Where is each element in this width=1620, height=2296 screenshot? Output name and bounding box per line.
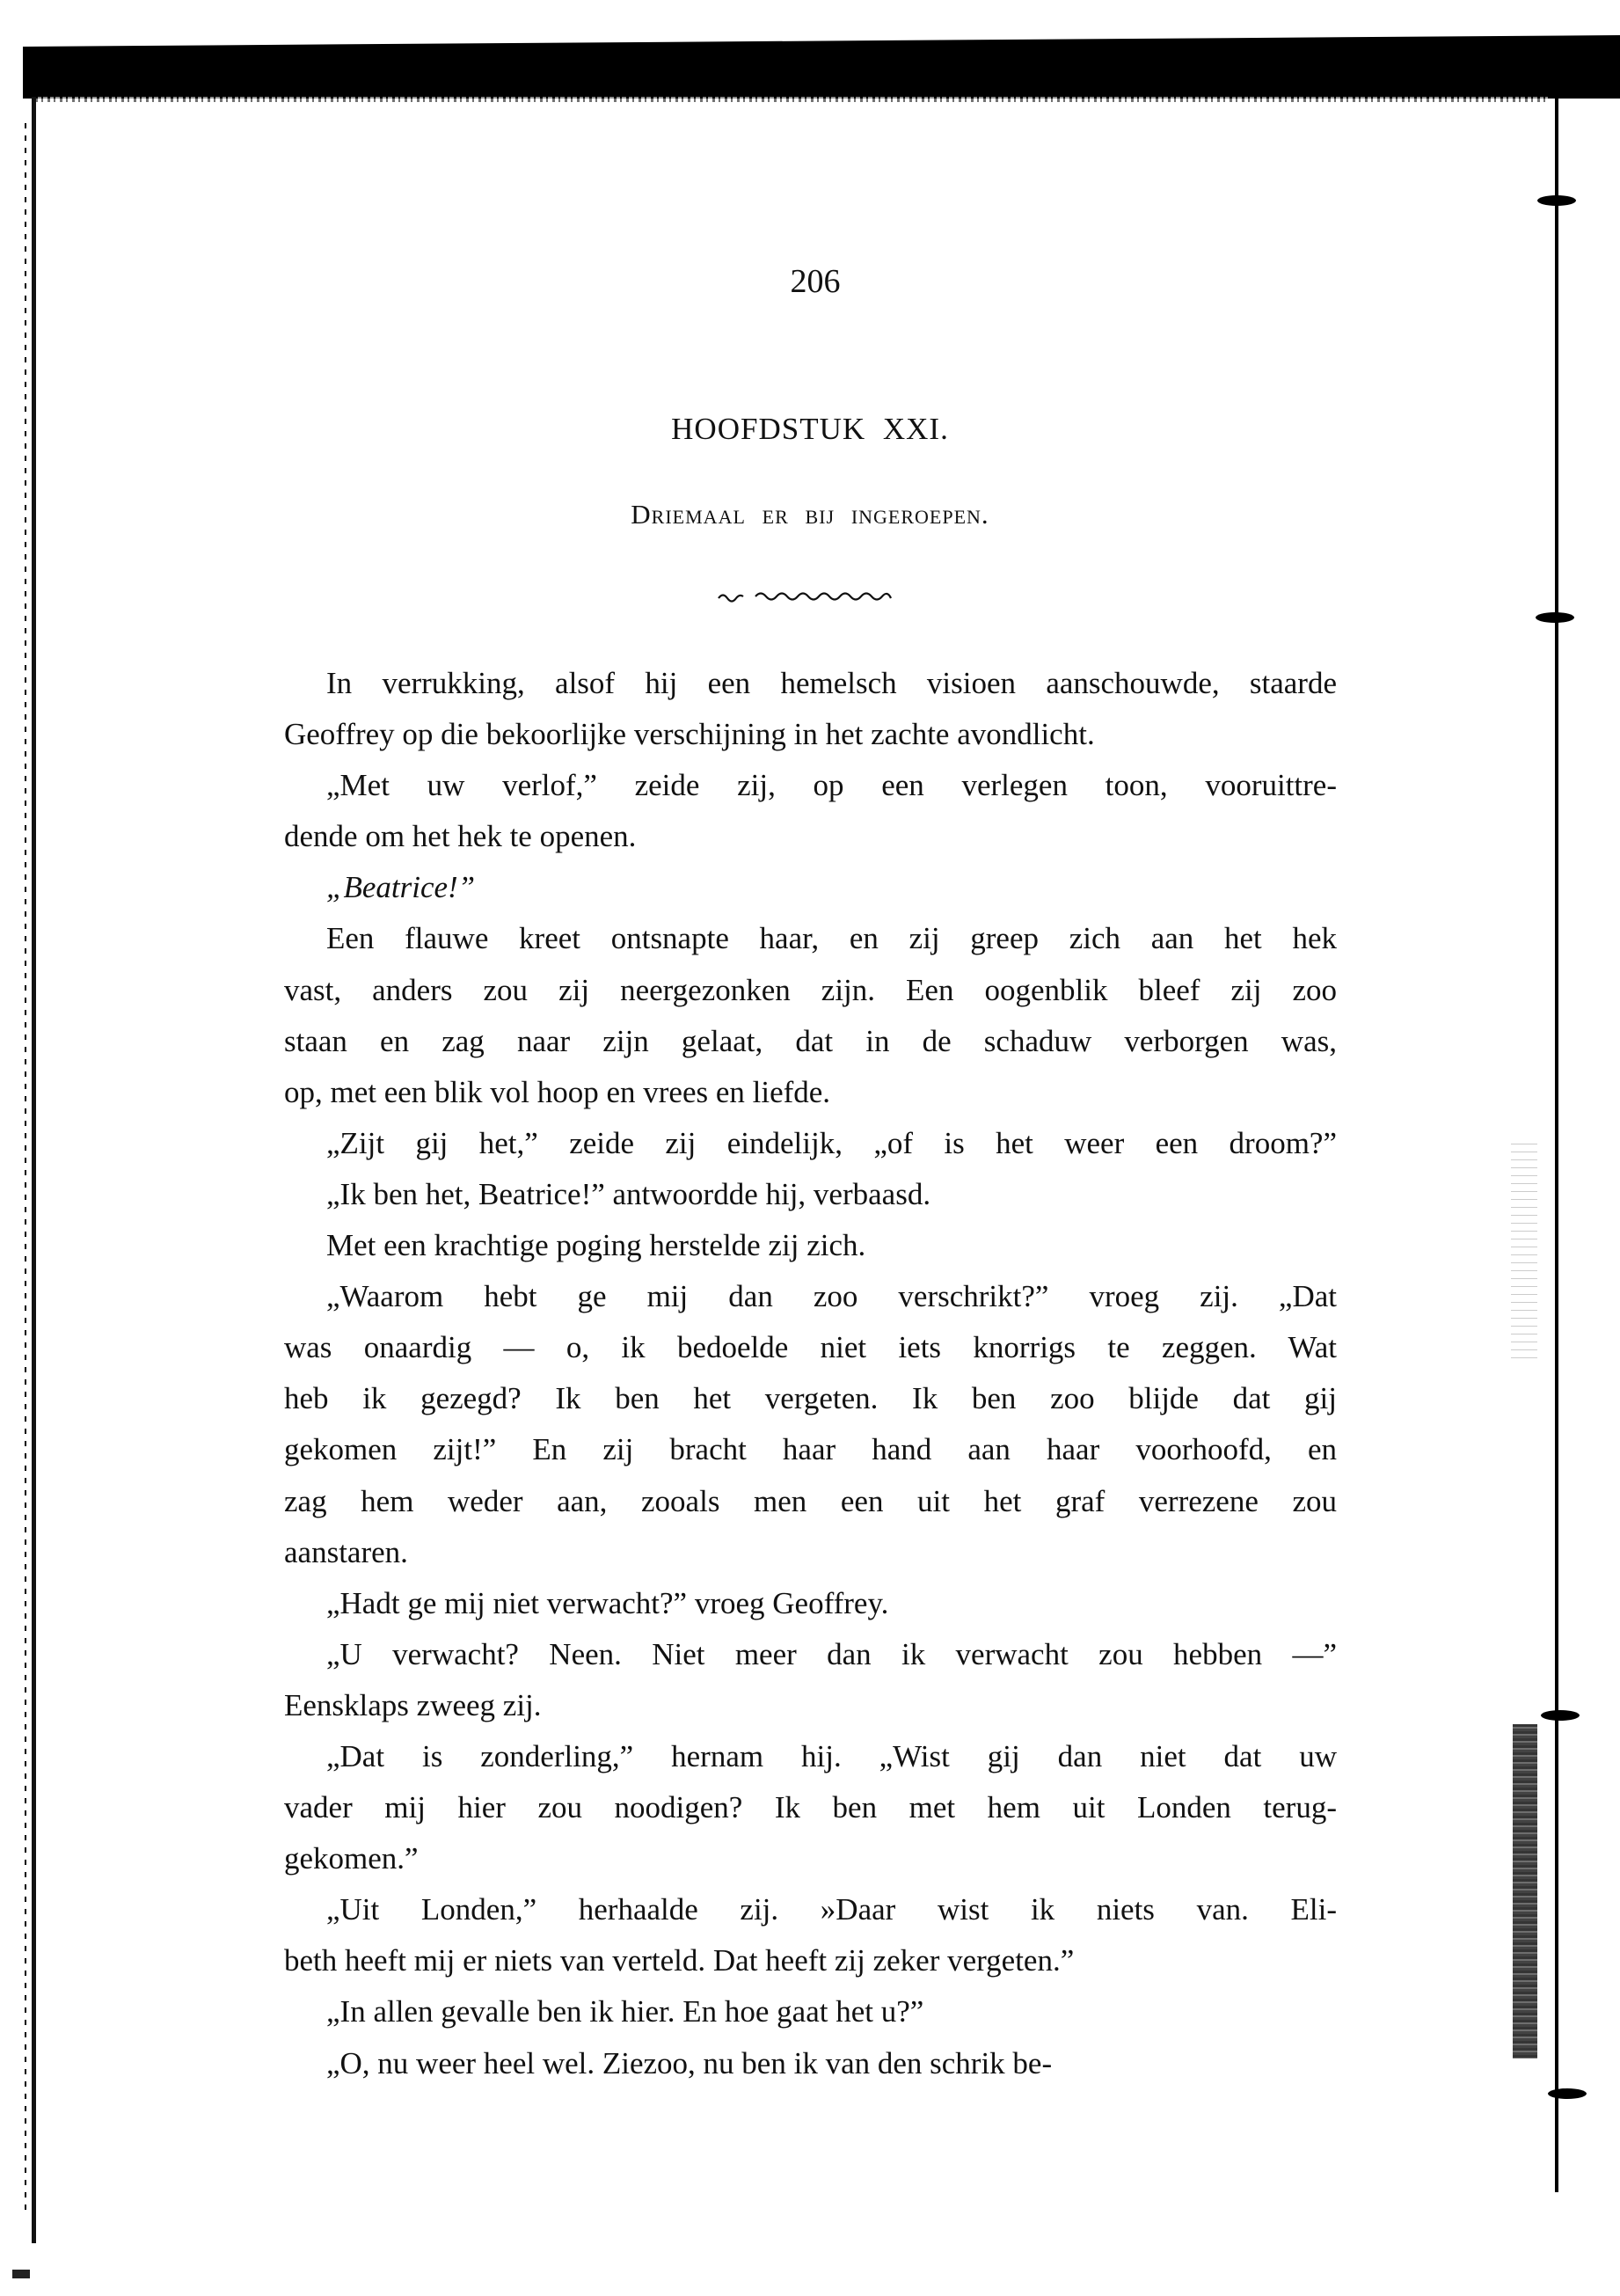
text-line: „Hadt ge mij niet verwacht?” vroeg Geoff… [284, 1578, 1337, 1629]
text-line: staan en zag naar zijn gelaat, dat in de… [284, 1016, 1337, 1067]
text-line: vader mij hier zou noodigen? Ik ben met … [284, 1782, 1337, 1833]
binding-stitch-mark [1541, 1710, 1580, 1721]
text-line: zag hem weder aan, zooals men een uit he… [284, 1476, 1337, 1527]
text-line: Met een krachtige poging herstelde zij z… [284, 1220, 1337, 1271]
text-line: aanstaren. [284, 1527, 1337, 1578]
text-line: „U verwacht? Neen. Niet meer dan ik verw… [284, 1629, 1337, 1680]
binding-shadow-band [1513, 1724, 1537, 2058]
text-line: In verrukking, alsof hij een hemelsch vi… [284, 658, 1337, 709]
scan-top-edge [35, 97, 1548, 102]
scan-speckle [1511, 1144, 1537, 1364]
text-line: „In allen gevalle ben ik hier. En hoe ga… [284, 1986, 1337, 2037]
text-line: „Beatrice!” [284, 862, 1337, 913]
text-line: „Uit Londen,” herhaalde zij. »Daar wist … [284, 1884, 1337, 1935]
text-line: gekomen zijt!” En zij bracht haar hand a… [284, 1424, 1337, 1475]
text-line: „Ik ben het, Beatrice!” antwoordde hij, … [284, 1169, 1337, 1220]
text-line: beth heeft mij er niets van verteld. Dat… [284, 1935, 1337, 1986]
text-line: Een flauwe kreet ontsnapte haar, en zij … [284, 913, 1337, 964]
scan-corner-mark [12, 2270, 30, 2278]
text-line: „Met uw verlof,” zeide zij, op een verle… [284, 760, 1337, 811]
text-line: „Dat is zonderling,” hernam hij. „Wist g… [284, 1731, 1337, 1782]
text-line: „Waarom hebt ge mij dan zoo verschrikt?”… [284, 1271, 1337, 1322]
text-line: vast, anders zou zij neergezonken zijn. … [284, 965, 1337, 1016]
chapter-heading: HOOFDSTUK XXI. [0, 412, 1620, 447]
text-line: Geoffrey op die bekoorlijke verschijning… [284, 709, 1337, 760]
page-number: 206 [0, 264, 1620, 299]
wavy-rule-ornament-icon [717, 588, 906, 605]
text-line: dende om het hek te openen. [284, 811, 1337, 862]
text-line: was onaardig — o, ik bedoelde niet iets … [284, 1322, 1337, 1373]
binding-stitch-mark [1537, 195, 1576, 206]
body-text: In verrukking, alsof hij een hemelsch vi… [284, 658, 1337, 2089]
chapter-subtitle: Driemaal er bij ingeroepen. [0, 500, 1620, 530]
book-page: 206 HOOFDSTUK XXI. Driemaal er bij inger… [0, 0, 1620, 2296]
text-line: „Zijt gij het,” zeide zij eindelijk, „of… [284, 1118, 1337, 1169]
text-line: „O, nu weer heel wel. Ziezoo, nu ben ik … [284, 2038, 1337, 2089]
text-line: Eensklaps zweeg zij. [284, 1680, 1337, 1731]
text-line: gekomen.” [284, 1833, 1337, 1884]
scan-top-shadow [23, 35, 1620, 99]
text-line: heb ik gezegd? Ik ben het vergeten. Ik b… [284, 1373, 1337, 1424]
text-line: op, met een blik vol hoop en vrees en li… [284, 1067, 1337, 1118]
binding-stitch-mark [1536, 612, 1574, 623]
binding-stitch-mark [1548, 2088, 1587, 2099]
